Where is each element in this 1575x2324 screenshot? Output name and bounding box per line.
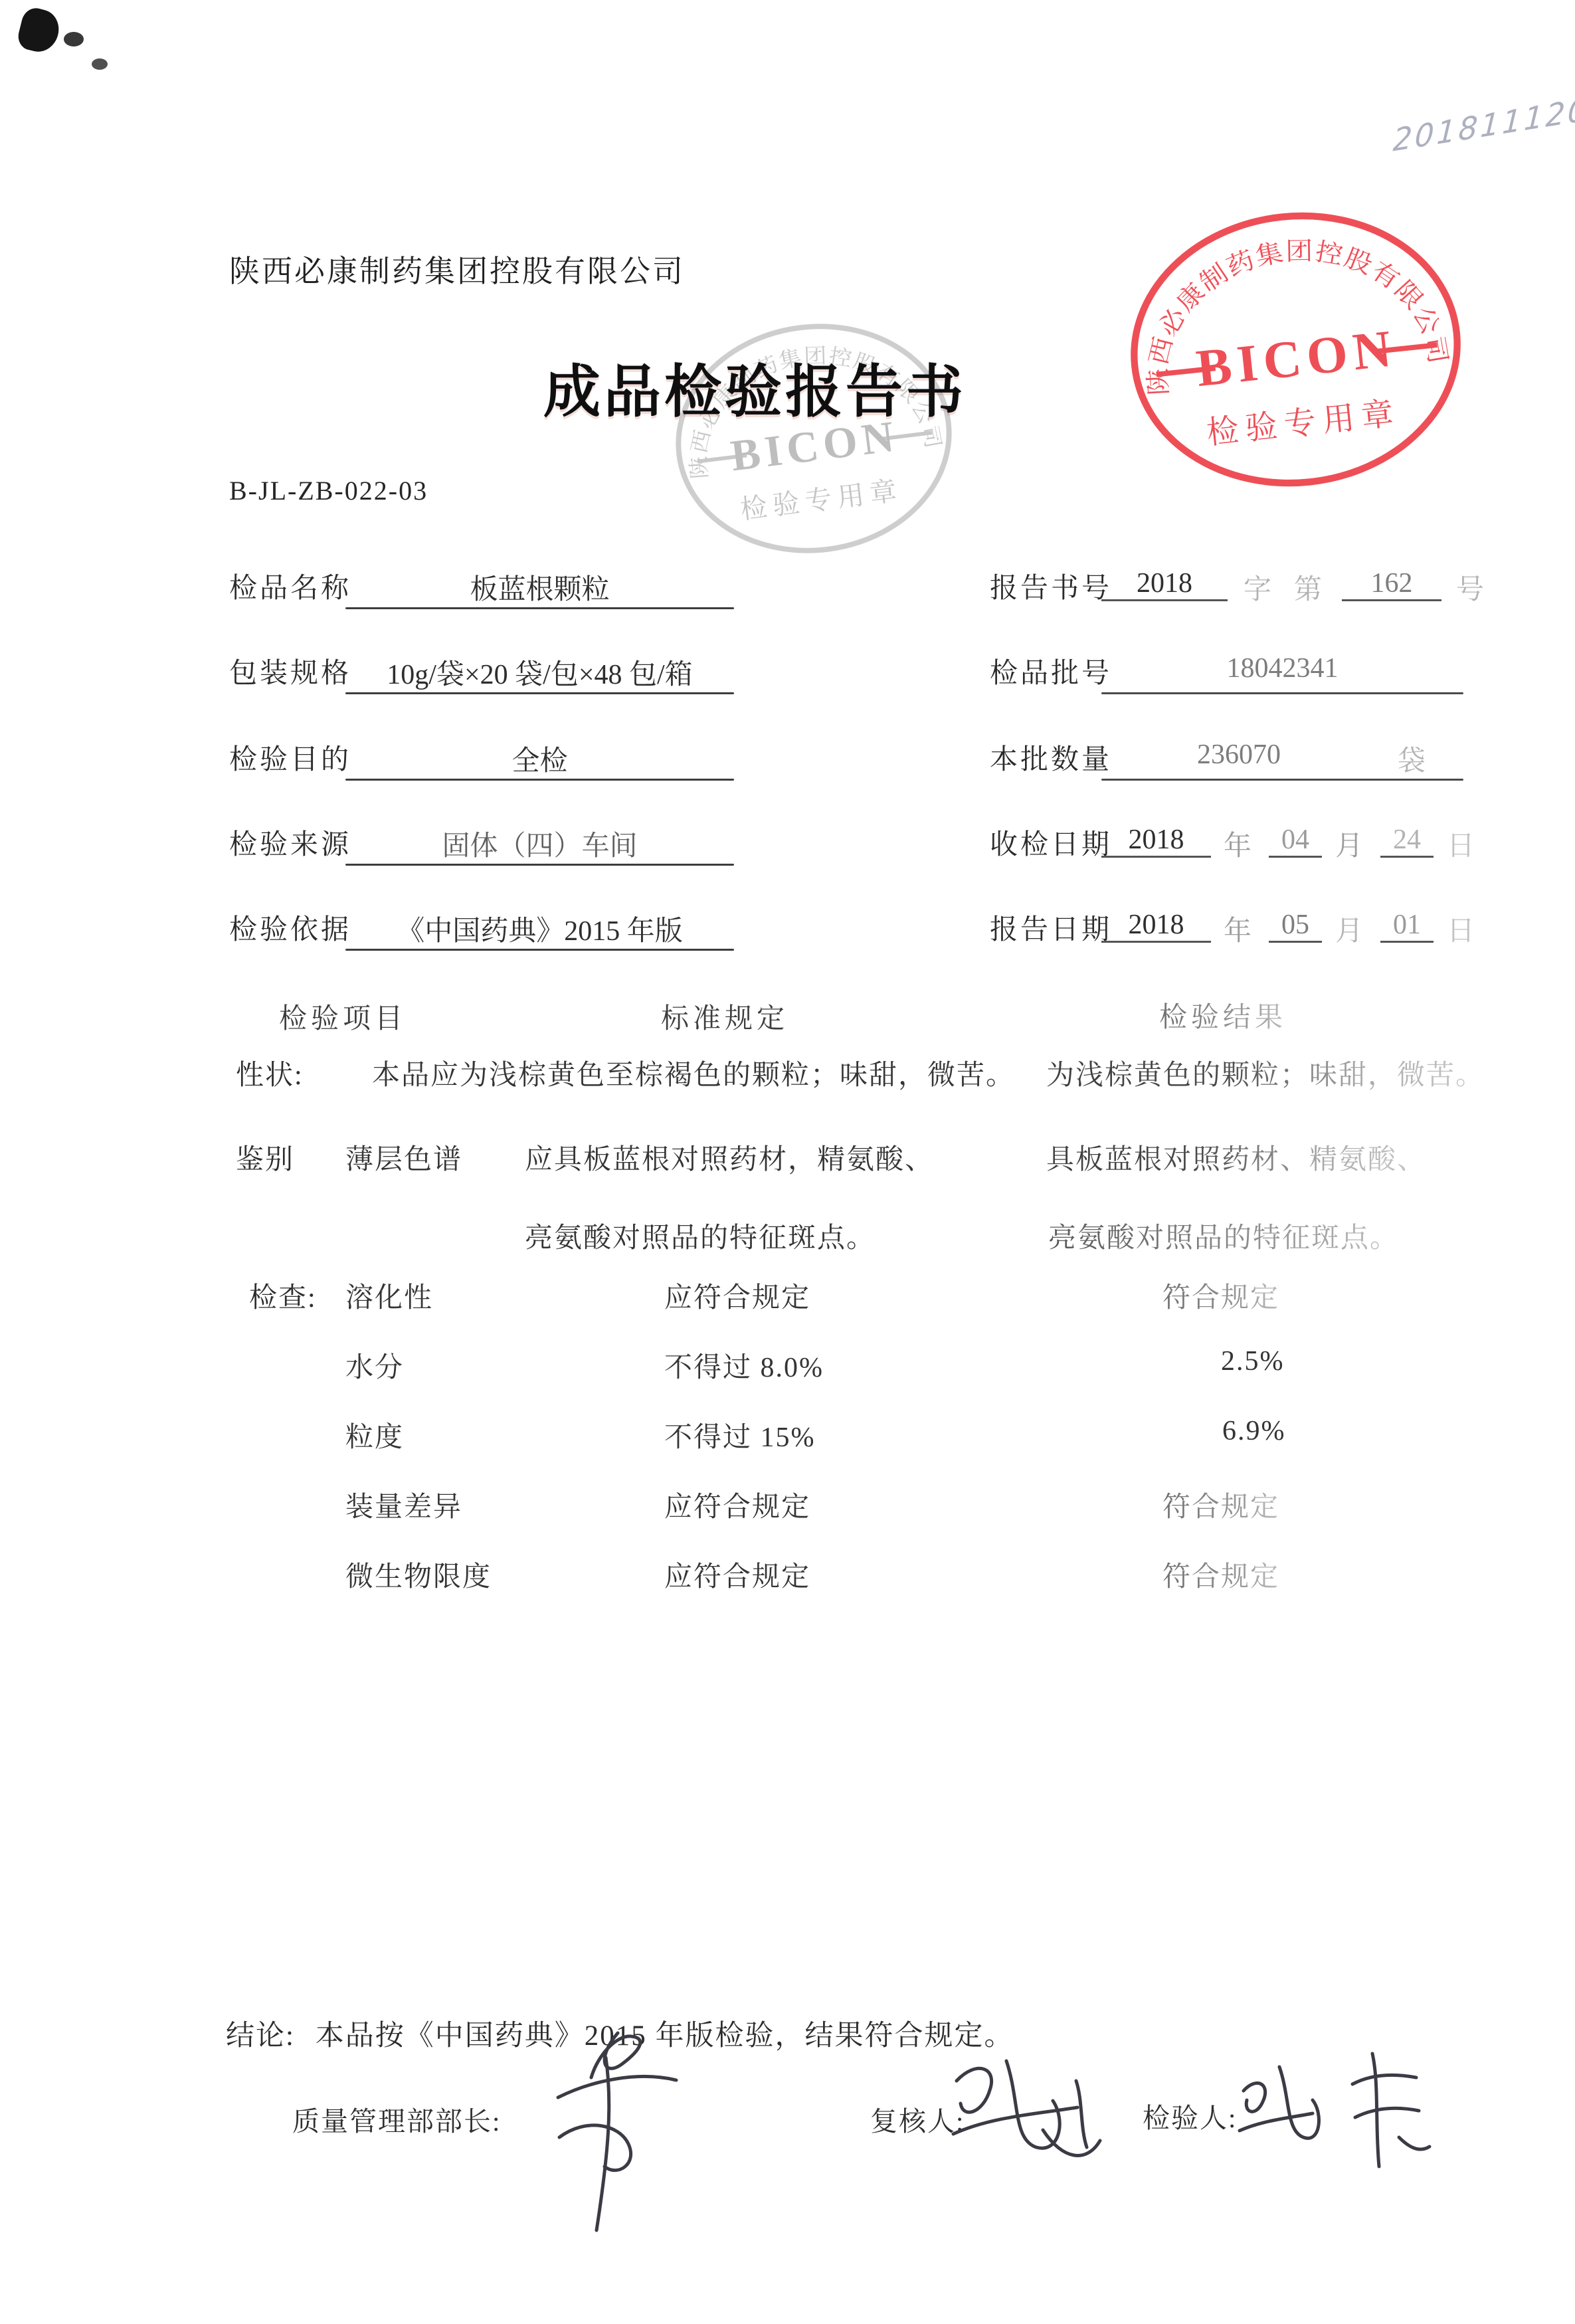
table-row-result: 符合规定 <box>1162 1276 1279 1315</box>
table-row-sub: 微生物限度 <box>345 1555 492 1595</box>
red-inspection-stamp: 陕西必康制药集团控股有限公司 BICON 检验专用章 <box>1106 177 1485 522</box>
field-label: 报告日期 <box>990 908 1112 947</box>
month-char: 月 <box>1335 824 1363 864</box>
table-row-result: 符合规定 <box>1162 1555 1279 1595</box>
table-row-item: 鉴别 <box>236 1137 294 1177</box>
table-row-std: 应符合规定 <box>664 1485 810 1525</box>
table-row-std: 亮氨酸对照品的特征斑点。 <box>525 1216 876 1256</box>
table-row-sub: 薄层色谱 <box>345 1137 462 1177</box>
qm-director-signature <box>518 2016 704 2239</box>
table-row-result: 亮氨酸对照品的特征斑点。 <box>1048 1216 1399 1256</box>
table-row-sub: 装量差异 <box>345 1485 462 1525</box>
year-char: 年 <box>1224 909 1251 949</box>
table-row-result: 具板蓝根对照药材、精氨酸、 <box>1046 1137 1426 1177</box>
ghost-stamp: 陕西必康制药集团控股有限公司 BICON 检验专用章 <box>649 262 978 615</box>
red-stamp-bottom-text: 检验专用章 <box>1205 396 1402 451</box>
field-label: 收检日期 <box>990 823 1112 862</box>
field-unit: 袋 <box>1385 739 1438 779</box>
table-row-result: 2.5% <box>1221 1345 1285 1377</box>
company-name: 陕西必康制药集团控股有限公司 <box>229 247 685 291</box>
table-row-std: 应符合规定 <box>664 1276 810 1315</box>
field-label: 检品名称 <box>229 566 351 606</box>
page-title: 成品检验报告书 <box>543 345 967 428</box>
report-no-di: 第 <box>1294 567 1322 607</box>
table-row-sub: 水分 <box>345 1345 404 1385</box>
qm-director-label: 质量管理部部长: <box>292 2099 501 2139</box>
field-received-date: 收检日期 2018 年 04 月 24 日 <box>990 823 1521 870</box>
field-label: 检验依据 <box>229 908 351 947</box>
conclusion-label: 结论: <box>226 2020 295 2052</box>
document-code: B-JL-ZB-022-03 <box>229 475 428 506</box>
table-row-item: 检查: <box>249 1276 317 1315</box>
underline <box>345 864 734 866</box>
received-year: 2018 <box>1101 824 1211 858</box>
field-value: 10g/袋×20 袋/包×48 包/箱 <box>345 652 734 692</box>
report-no-number: 162 <box>1342 567 1441 601</box>
field-report-date: 报告日期 2018 年 05 月 01 日 <box>990 908 1521 955</box>
field-sample-name: 检品名称 板蓝根颗粒 <box>229 566 734 614</box>
table-header-item: 检验项目 <box>279 997 407 1036</box>
table-row-std: 不得过 15% <box>664 1415 816 1455</box>
field-label: 检品批号 <box>990 651 1112 691</box>
received-month: 04 <box>1269 824 1322 858</box>
table-header-std: 标准规定 <box>661 997 788 1036</box>
reviewer-signature <box>943 2040 1116 2189</box>
table-header-result: 检验结果 <box>1159 995 1287 1035</box>
field-value: 全检 <box>345 739 734 779</box>
month-char: 月 <box>1335 909 1363 949</box>
field-value: 《中国药典》2015 年版 <box>345 909 734 949</box>
field-value: 236070 <box>1089 739 1388 771</box>
field-label: 检验来源 <box>229 823 351 862</box>
field-label: 包装规格 <box>229 651 351 691</box>
field-pack-spec: 包装规格 10g/袋×20 袋/包×48 包/箱 <box>229 651 734 699</box>
handwritten-note: 2018111201 <box>1392 87 1575 158</box>
inspector-signatures <box>1229 2036 1448 2186</box>
field-batch-quantity: 本批数量 236070 袋 <box>990 737 1481 785</box>
field-label: 报告书号 <box>990 566 1112 606</box>
field-label: 检验目的 <box>229 737 351 777</box>
field-value: 固体（四）车间 <box>345 824 734 864</box>
scanned-report-page: 2018111201 陕西必康制药集团控股有限公司 陕西必康制药集团控股有限公司… <box>0 0 1575 2324</box>
scan-artifact <box>64 32 84 47</box>
table-row-item: 性状: <box>236 1053 304 1093</box>
table-row-result: 为浅棕黄色的颗粒；味甜，微苦。 <box>1046 1053 1485 1093</box>
report-no-hao: 号 <box>1456 567 1484 607</box>
table-row-std: 应符合规定 <box>664 1555 810 1595</box>
year-char: 年 <box>1224 824 1251 864</box>
table-row-result: 6.9% <box>1222 1415 1286 1447</box>
field-value: 板蓝根颗粒 <box>345 567 734 607</box>
underline <box>345 607 734 609</box>
underline <box>1101 692 1463 694</box>
underline <box>345 692 734 694</box>
field-report-number: 报告书号 2018 字 第 162 号 <box>990 566 1481 614</box>
report-day: 01 <box>1380 909 1434 943</box>
table-row-sub: 粒度 <box>345 1415 404 1455</box>
underline <box>345 779 734 781</box>
scan-artifact <box>92 58 108 70</box>
day-char: 日 <box>1447 824 1475 864</box>
report-month: 05 <box>1269 909 1322 943</box>
report-no-year: 2018 <box>1101 567 1228 601</box>
inspector-label: 检验人: <box>1143 2096 1237 2135</box>
field-value: 18042341 <box>1101 652 1463 684</box>
field-batch-number: 检品批号 18042341 <box>990 651 1481 699</box>
table-row-result: 符合规定 <box>1162 1485 1279 1525</box>
table-row-sub: 溶化性 <box>345 1276 433 1315</box>
report-no-zi: 字 <box>1244 567 1271 607</box>
red-stamp-center-text: BICON <box>1194 319 1400 398</box>
underline <box>1101 779 1463 781</box>
report-year: 2018 <box>1101 909 1211 943</box>
received-day: 24 <box>1380 824 1434 858</box>
field-sample-source: 检验来源 固体（四）车间 <box>229 823 734 870</box>
table-row-std: 应具板蓝根对照药材，精氨酸、 <box>525 1137 934 1177</box>
day-char: 日 <box>1447 909 1475 949</box>
underline <box>345 949 734 951</box>
table-row-std: 不得过 8.0% <box>664 1345 824 1385</box>
scan-artifact <box>15 5 63 56</box>
field-test-purpose: 检验目的 全检 <box>229 737 734 785</box>
ghost-stamp-bottom-text: 检验专用章 <box>739 475 904 525</box>
field-test-basis: 检验依据 《中国药典》2015 年版 <box>229 908 734 955</box>
table-row-std: 本品应为浅棕黄色至棕褐色的颗粒；味甜，微苦。 <box>372 1053 1015 1093</box>
